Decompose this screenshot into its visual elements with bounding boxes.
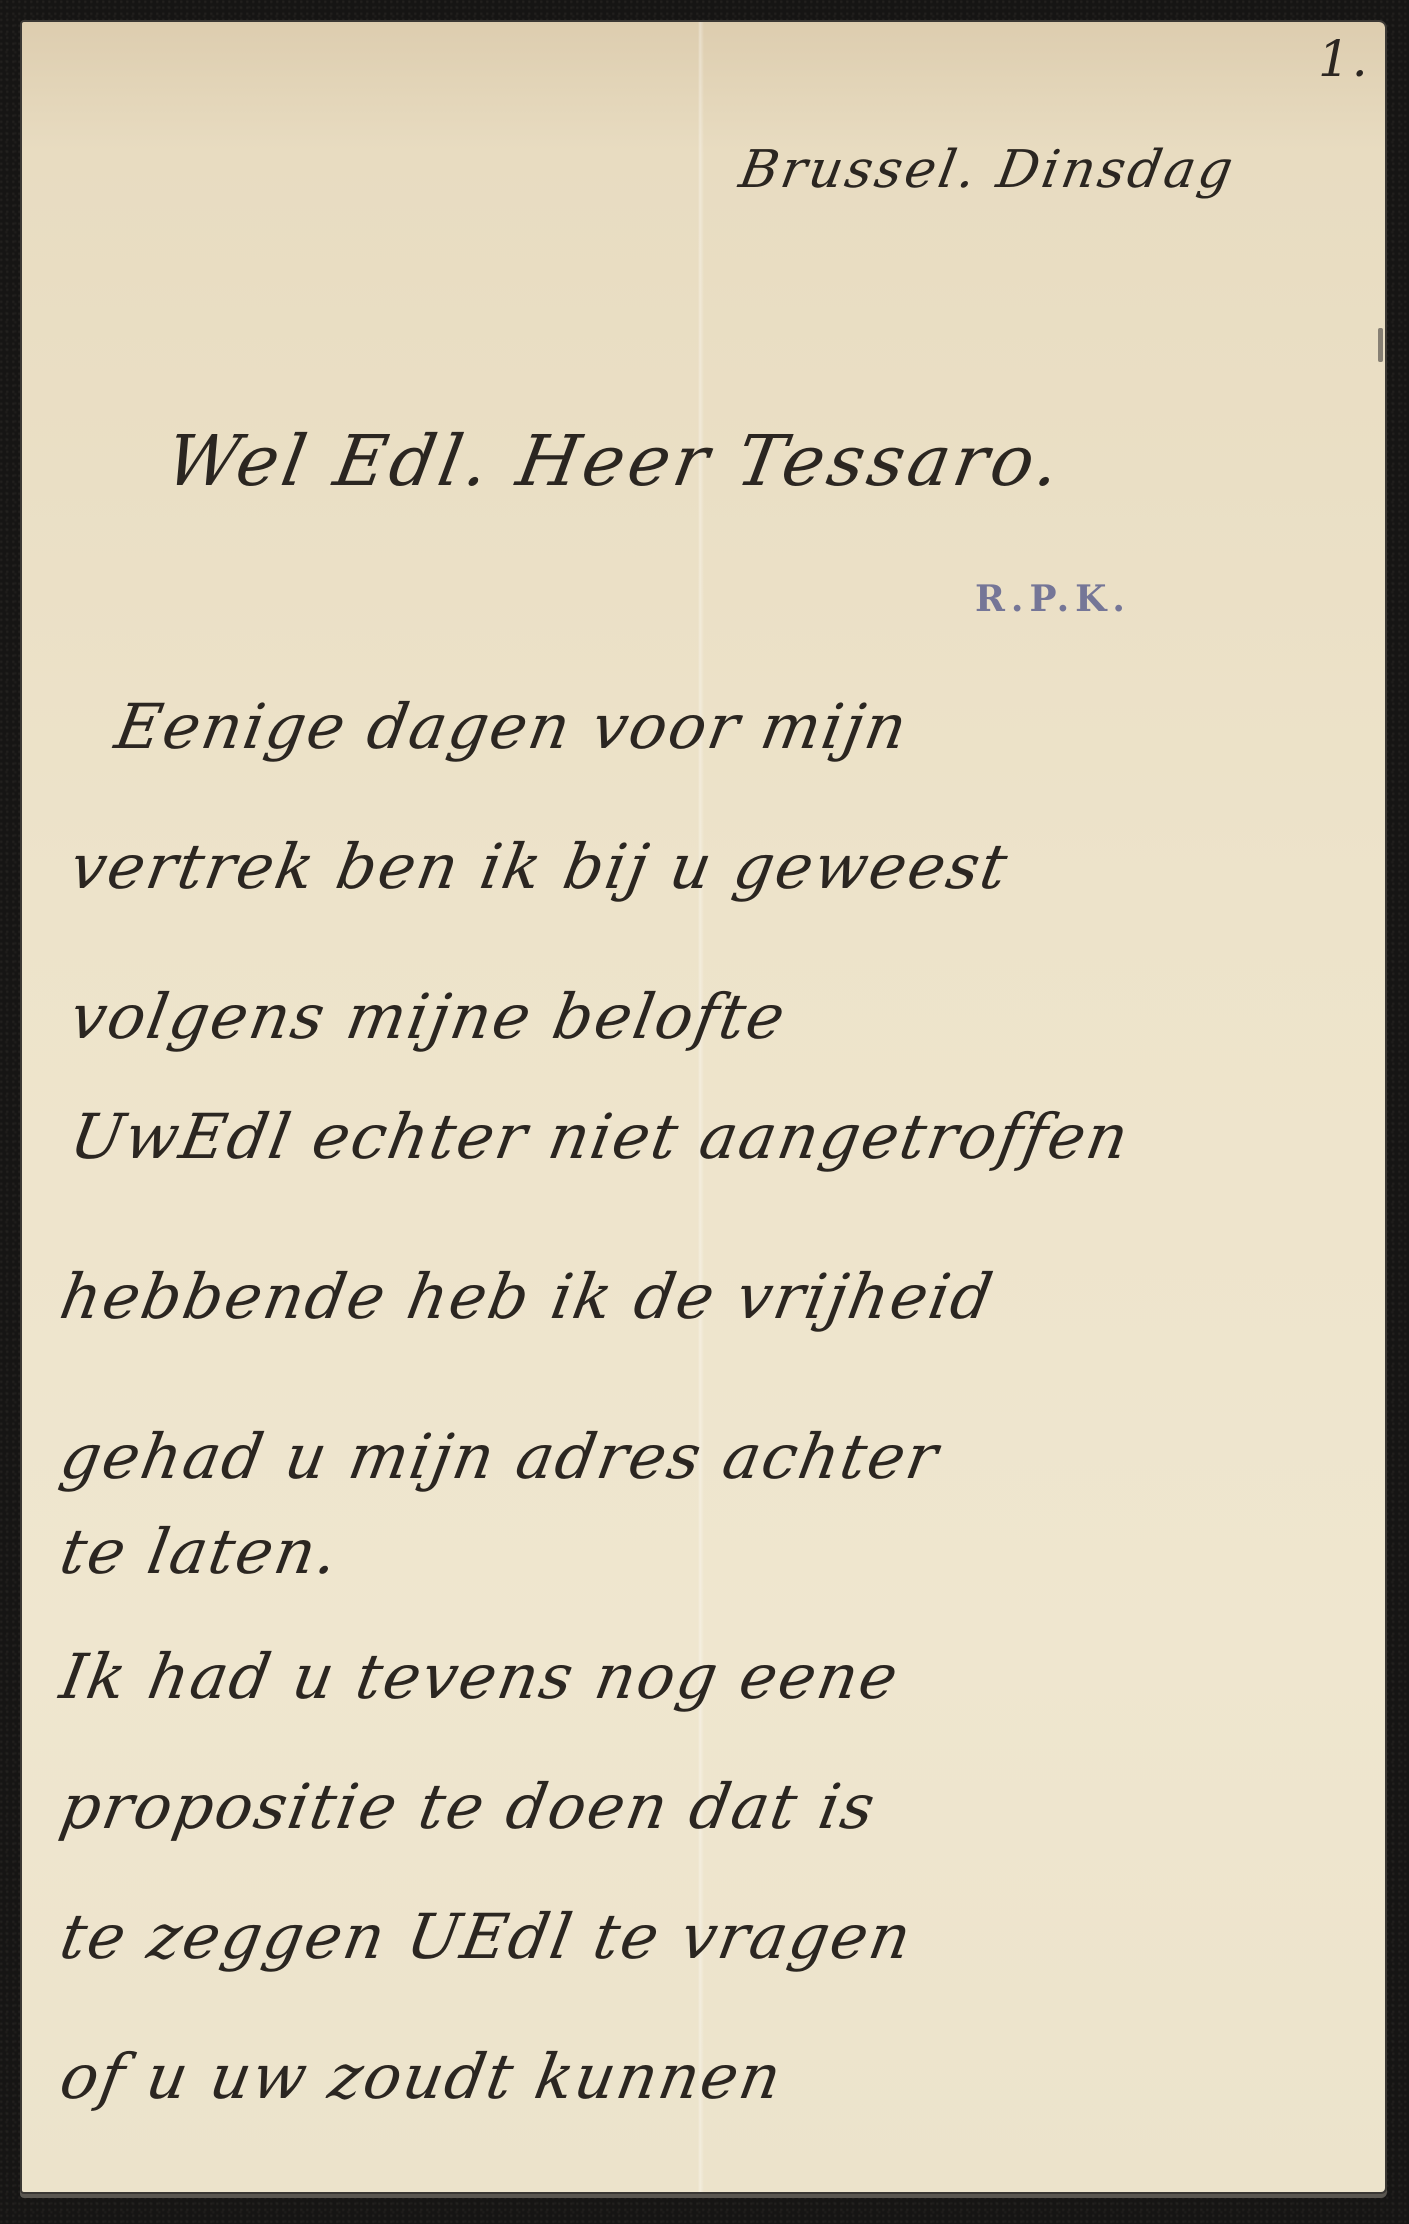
archive-stamp: R.P.K.: [975, 578, 1131, 620]
body-line-9: propositie te doen dat is: [55, 1770, 882, 1843]
body-line-7: te laten.: [55, 1515, 345, 1588]
page-number: 1.: [1318, 30, 1370, 88]
paper-edge-mark: [1378, 328, 1383, 362]
body-line-1: Eenige dagen voor mijn: [110, 690, 914, 763]
body-line-5: hebbende heb ik de vrijheid: [55, 1260, 1000, 1333]
body-line-10: te zeggen UEdl te vragen: [55, 1900, 918, 1973]
body-line-3: volgens mijne belofte: [65, 980, 792, 1053]
body-line-11: of u uw zoudt kunnen: [55, 2040, 788, 2113]
body-line-2: vertrek ben ik bij u geweest: [65, 830, 1015, 903]
place-date: Brussel. Dinsdag: [735, 140, 1240, 200]
body-line-6: gehad u mijn adres achter: [55, 1420, 945, 1493]
body-line-8: Ik had u tevens nog eene: [55, 1640, 905, 1713]
body-line-4: UwEdl echter niet aangetroffen: [65, 1100, 1136, 1173]
salutation: Wel Edl. Heer Tessaro.: [160, 420, 1070, 502]
